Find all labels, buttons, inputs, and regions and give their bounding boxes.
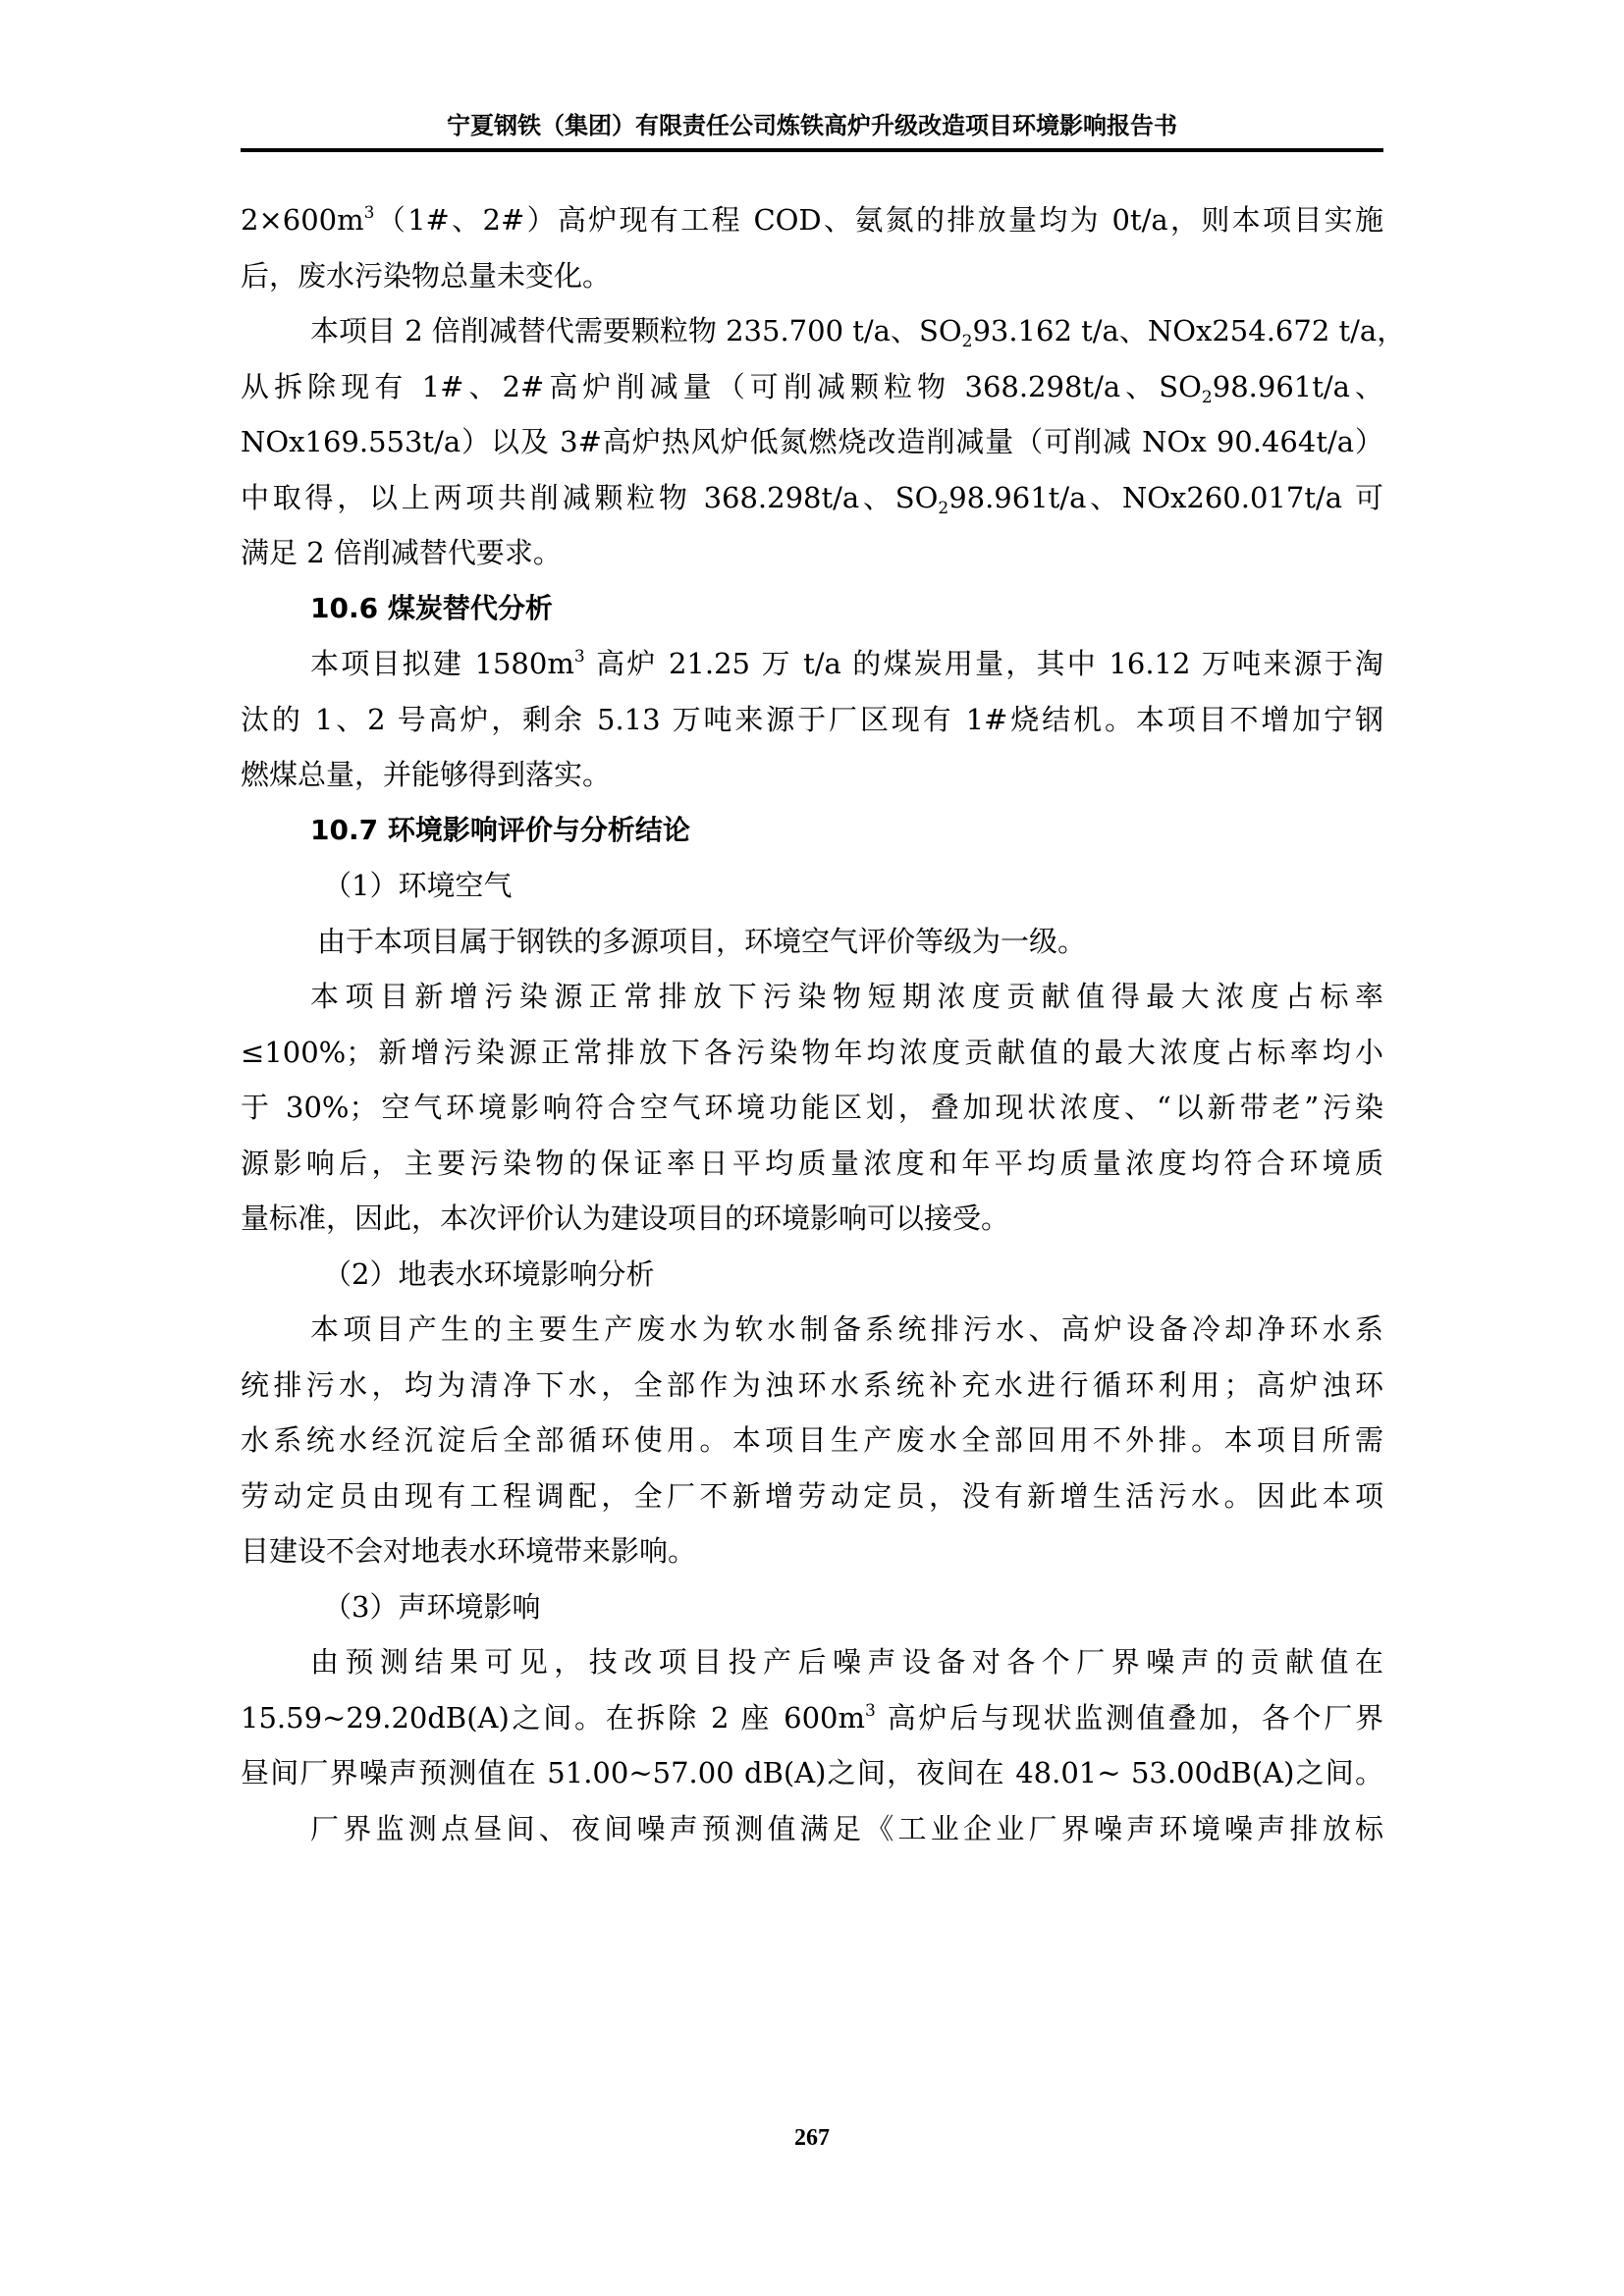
body-line: 15.59~29.20dB(A)之间。在拆除 2 座 600m3 高炉后与现状监…	[241, 1690, 1383, 1746]
document-header-title: 宁夏钢铁（集团）有限责任公司炼铁高炉升级改造项目环境影响报告书	[241, 110, 1383, 141]
subsection-title-air: （1）环境空气	[241, 858, 1383, 914]
text-run: 高炉后与现状监测值叠加，各个厂界	[876, 1701, 1383, 1735]
section-heading-10-6: 10.6 煤炭替代分析	[241, 581, 1383, 637]
body-line: ≤100%；新增污染源正常排放下各污染物年均浓度贡献值的最大浓度占标率均小	[241, 1025, 1383, 1081]
text-run: 2×600m	[241, 203, 364, 237]
body-line: NOx169.553t/a）以及 3#高炉热风炉低氮燃烧改造削减量（可削减 NO…	[241, 414, 1383, 470]
body-line: 由于本项目属于钢铁的多源项目，环境空气评价等级为一级。	[241, 914, 1383, 970]
superscript: 3	[364, 203, 375, 223]
body-line: 厂界监测点昼间、夜间噪声预测值满足《工业企业厂界噪声环境噪声排放标	[241, 1801, 1383, 1857]
subsection-title-noise: （3）声环境影响	[241, 1579, 1383, 1635]
body-line: 汰的 1、2 号高炉，剩余 5.13 万吨来源于厂区现有 1#烧结机。本项目不增…	[241, 692, 1383, 748]
text-run: 由预测结果可见，技改项目投产后噪声设备对各个厂界噪声的贡献值在	[310, 1645, 1383, 1679]
body-line: 劳动定员由现有工程调配，全厂不新增劳动定员，没有新增生活污水。因此本项	[241, 1468, 1383, 1524]
text-run: NOx169.553t/a）以及 3#高炉热风炉低氮燃烧改造削减量（可削减 NO…	[241, 425, 1383, 458]
body-line: 由预测结果可见，技改项目投产后噪声设备对各个厂界噪声的贡献值在	[241, 1634, 1383, 1690]
text-run: 汰的 1、2 号高炉，剩余 5.13 万吨来源于厂区现有 1#烧结机。本项目不增…	[241, 703, 1383, 736]
section-heading-10-7: 10.7 环境影响评价与分析结论	[241, 803, 1383, 859]
text-run: 本项目 2 倍削减替代需要颗粒物 235.700 t/a、SO	[310, 314, 962, 347]
body-line: 后，废水污染物总量未变化。	[241, 248, 1383, 304]
body-line: 本项目新增污染源正常排放下污染物短期浓度贡献值得最大浓度占标率	[241, 969, 1383, 1025]
body-line: 2×600m3（1#、2#）高炉现有工程 COD、氨氮的排放量均为 0t/a，则…	[241, 192, 1383, 248]
body-line: 本项目 2 倍削减替代需要颗粒物 235.700 t/a、SO293.162 t…	[241, 303, 1383, 359]
text-run: 昼间厂界噪声预测值在 51.00~57.00 dB(A)之间，夜间在 48.01…	[241, 1756, 1383, 1789]
page-number: 267	[241, 2122, 1383, 2154]
body-line: 从拆除现有 1#、2#高炉削减量（可削减颗粒物 368.298t/a、SO298…	[241, 359, 1383, 415]
body-line: 中取得，以上两项共削减颗粒物 368.298t/a、SO298.961t/a、N…	[241, 470, 1383, 526]
text-run: 燃煤总量，并能够得到落实。	[241, 758, 611, 791]
body-line: 源影响后，主要污染物的保证率日平均质量浓度和年平均质量浓度均符合环境质	[241, 1136, 1383, 1192]
text-run: 98.961t/a、NOx260.017t/a 可	[948, 481, 1383, 514]
text-run: 15.59~29.20dB(A)之间。在拆除 2 座 600m	[241, 1701, 865, 1735]
text-run: 中取得，以上两项共削减颗粒物 368.298t/a、SO	[241, 481, 938, 514]
body-line: 满足 2 倍削减替代要求。	[241, 525, 1383, 581]
text-run: 满足 2 倍削减替代要求。	[241, 536, 562, 569]
body-line: 本项目产生的主要生产废水为软水制备系统排污水、高炉设备冷却净环水系	[241, 1302, 1383, 1358]
superscript: 3	[865, 1701, 876, 1721]
text-run: （1#、2#）高炉现有工程 COD、氨氮的排放量均为 0t/a，则本项目实施	[374, 203, 1383, 237]
body-line: 量标准，因此，本次评价认为建设项目的环境影响可以接受。	[241, 1191, 1383, 1247]
body-line: 昼间厂界噪声预测值在 51.00~57.00 dB(A)之间，夜间在 48.01…	[241, 1745, 1383, 1801]
subscript: 2	[962, 332, 973, 351]
text-run: 从拆除现有 1#、2#高炉削减量（可削减颗粒物 368.298t/a、SO	[241, 370, 1202, 403]
text-run: 93.162 t/a、NOx254.672 t/a，	[972, 314, 1405, 347]
text-run: 后，废水污染物总量未变化。	[241, 259, 611, 293]
text-run: 98.961t/a、	[1213, 370, 1383, 403]
superscript: 3	[574, 647, 585, 667]
body-line: 统排污水，均为清净下水，全部作为浊环水系统补充水进行循环利用；高炉浊环	[241, 1358, 1383, 1414]
subscript: 2	[938, 499, 948, 518]
text-run: 高炉 21.25 万 t/a 的煤炭用量，其中 16.12 万吨来源于淘	[585, 647, 1383, 680]
page-body: 2×600m3（1#、2#）高炉现有工程 COD、氨氮的排放量均为 0t/a，则…	[241, 192, 1383, 1856]
body-line: 燃煤总量，并能够得到落实。	[241, 747, 1383, 803]
body-line: 于 30%；空气环境影响符合空气环境功能区划，叠加现状浓度、“以新带老”污染	[241, 1080, 1383, 1136]
body-line: 本项目拟建 1580m3 高炉 21.25 万 t/a 的煤炭用量，其中 16.…	[241, 636, 1383, 692]
text-run: 本项目拟建 1580m	[310, 647, 574, 680]
body-line: 水系统水经沉淀后全部循环使用。本项目生产废水全部回用不外排。本项目所需	[241, 1413, 1383, 1468]
subsection-title-surface-water: （2）地表水环境影响分析	[241, 1247, 1383, 1303]
header-rule-divider	[241, 148, 1383, 152]
body-line: 目建设不会对地表水环境带来影响。	[241, 1523, 1383, 1579]
subscript: 2	[1202, 388, 1213, 407]
